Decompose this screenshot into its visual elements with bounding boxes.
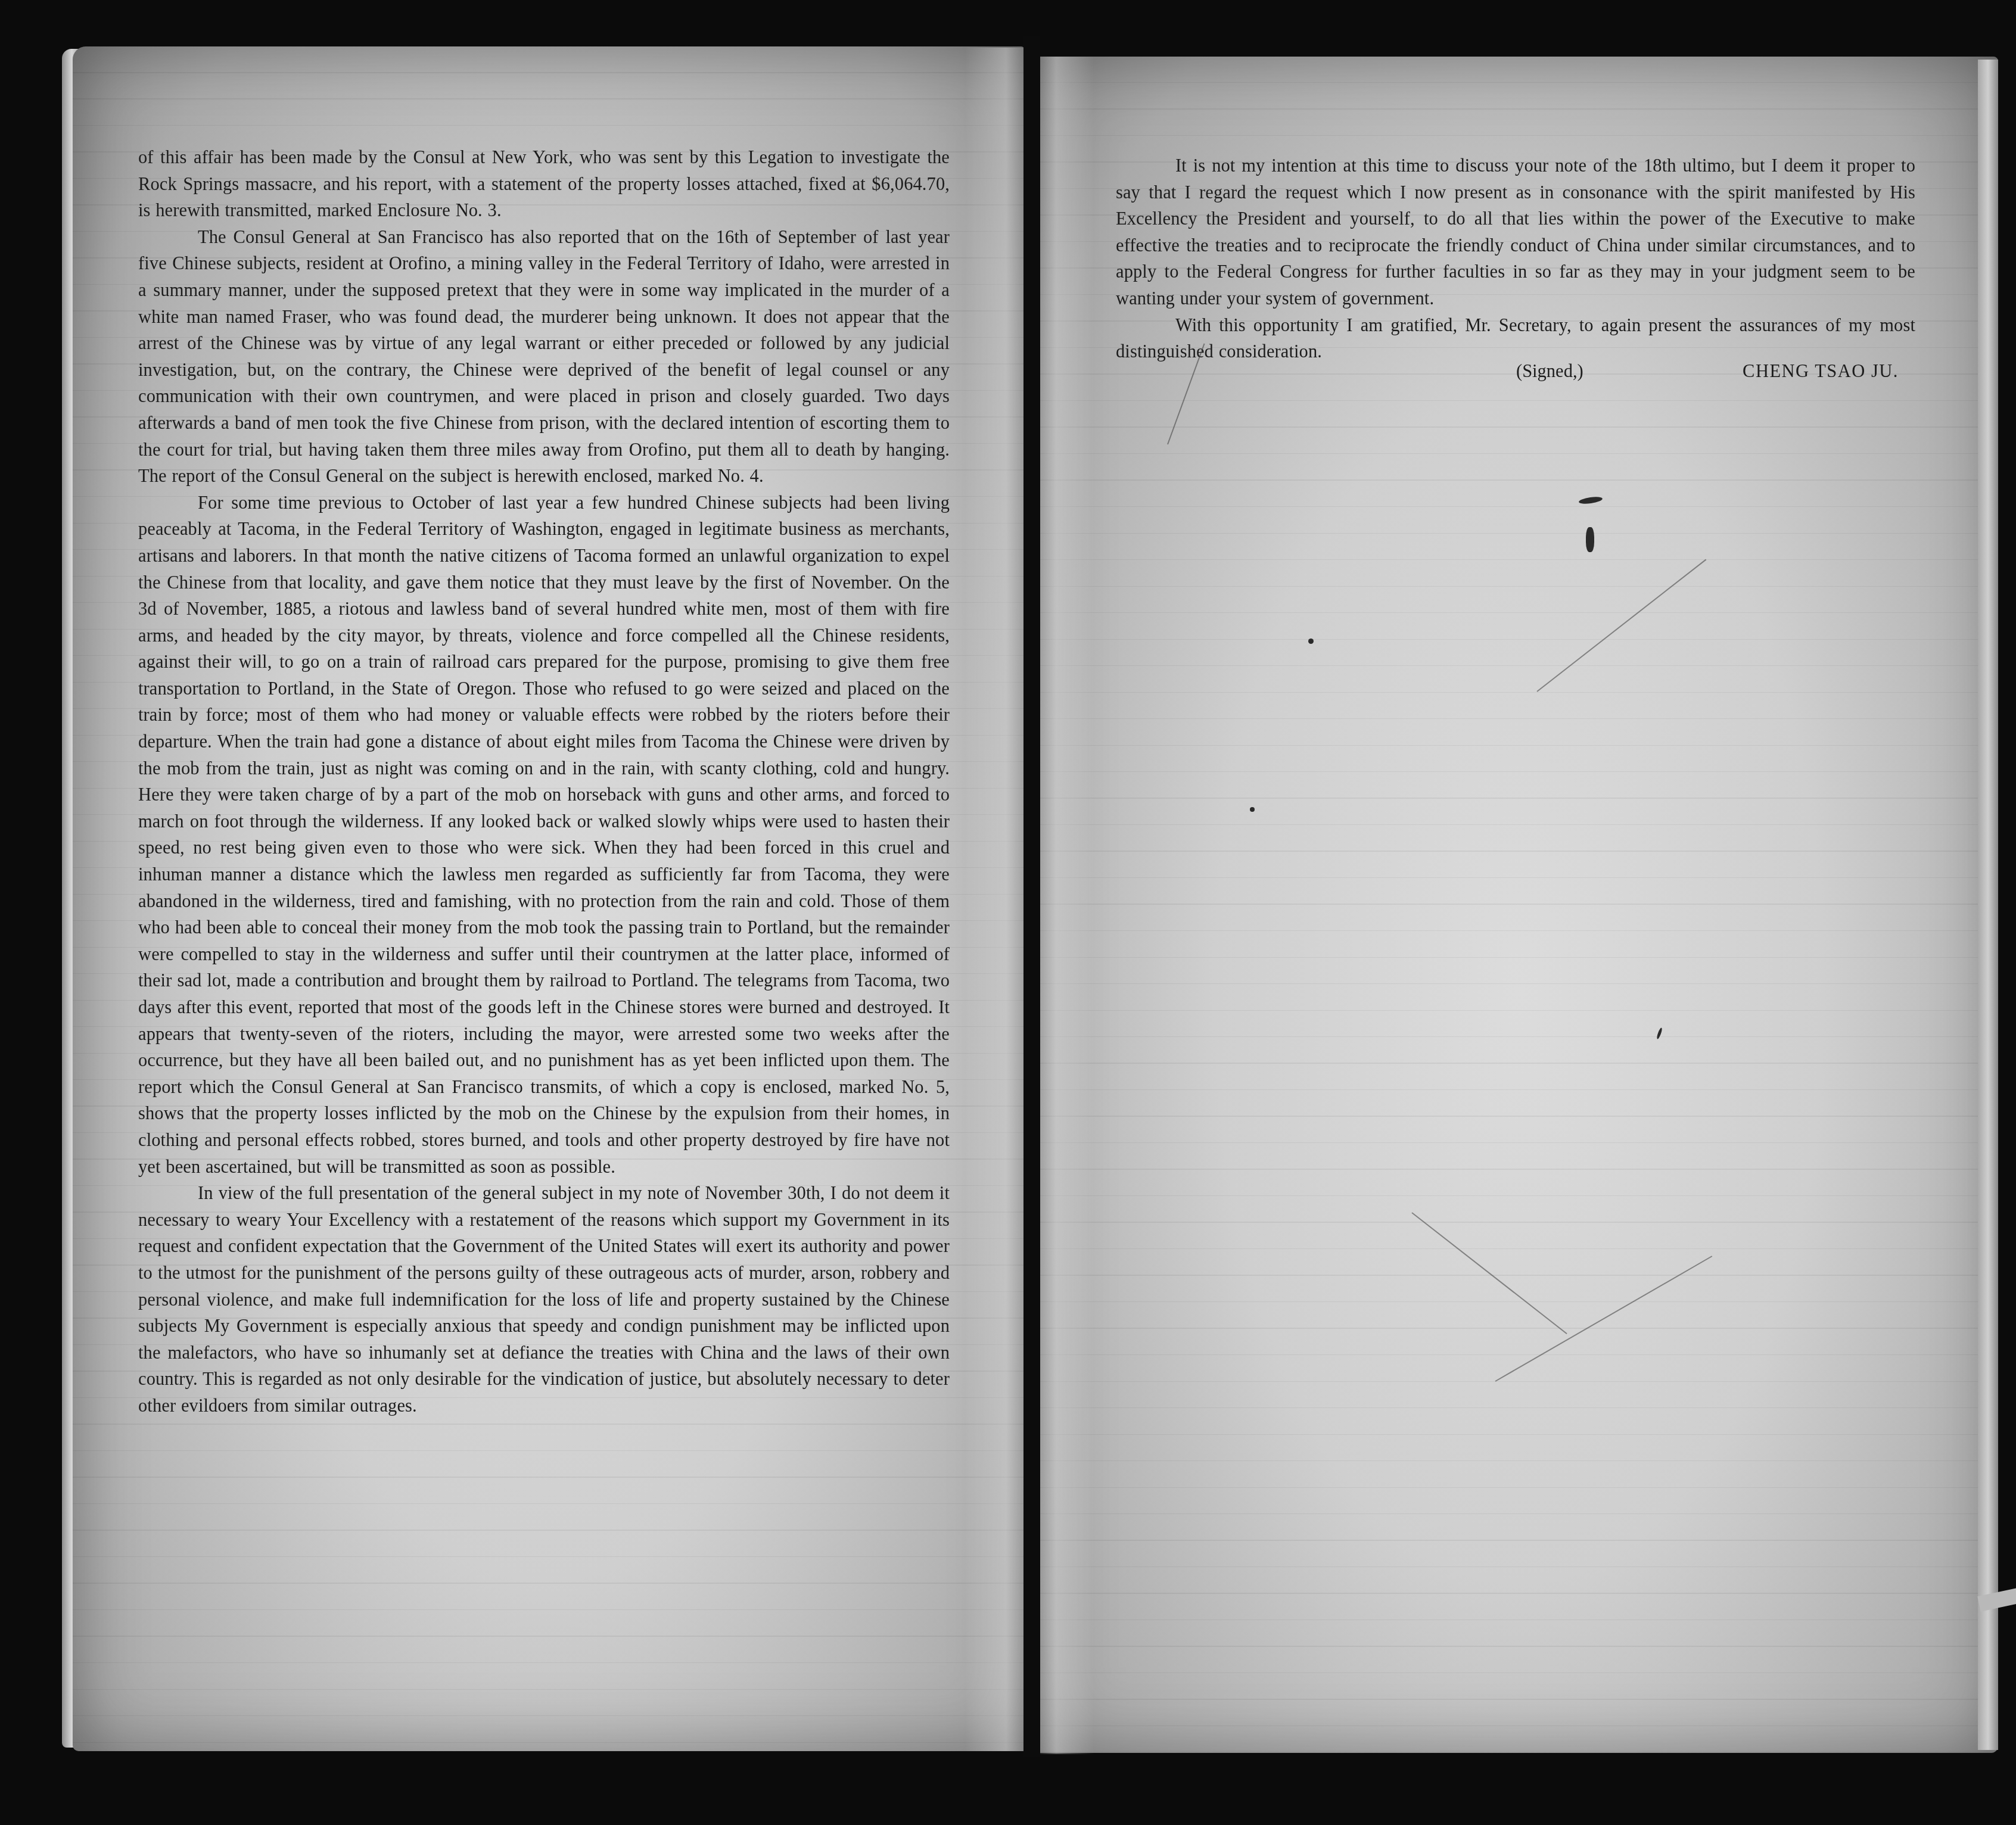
paragraph-request-punishment: In view of the full presentation of the …: [138, 1180, 950, 1419]
right-page-body: It is not my intention at this time to d…: [1116, 152, 1915, 365]
paragraph-closing: With this opportunity I am gratified, Mr…: [1116, 312, 1915, 365]
paragraph-enclosure-3: of this affair has been made by the Cons…: [138, 144, 950, 224]
signed-label: (Signed,): [1516, 361, 1583, 382]
gutter-highlight-left: [965, 48, 1023, 1751]
book-gutter: [1023, 36, 1040, 1757]
gutter-highlight-right: [1040, 57, 1094, 1754]
paragraph-tacoma: For some time previous to October of las…: [138, 490, 950, 1180]
paragraph-orofino: The Consul General at San Francisco has …: [138, 224, 950, 490]
signatory-name: CHENG TSAO JU.: [1743, 361, 1899, 382]
ink-spot: [1308, 639, 1314, 644]
signature-block: (Signed,) CHENG TSAO JU.: [1116, 361, 1915, 387]
ink-blot-mark: [1586, 527, 1594, 552]
left-page-body: of this affair has been made by the Cons…: [138, 144, 950, 1419]
ink-spot: [1250, 807, 1255, 812]
paragraph-intention: It is not my intention at this time to d…: [1116, 152, 1915, 312]
right-page-edge: [1978, 60, 1998, 1750]
